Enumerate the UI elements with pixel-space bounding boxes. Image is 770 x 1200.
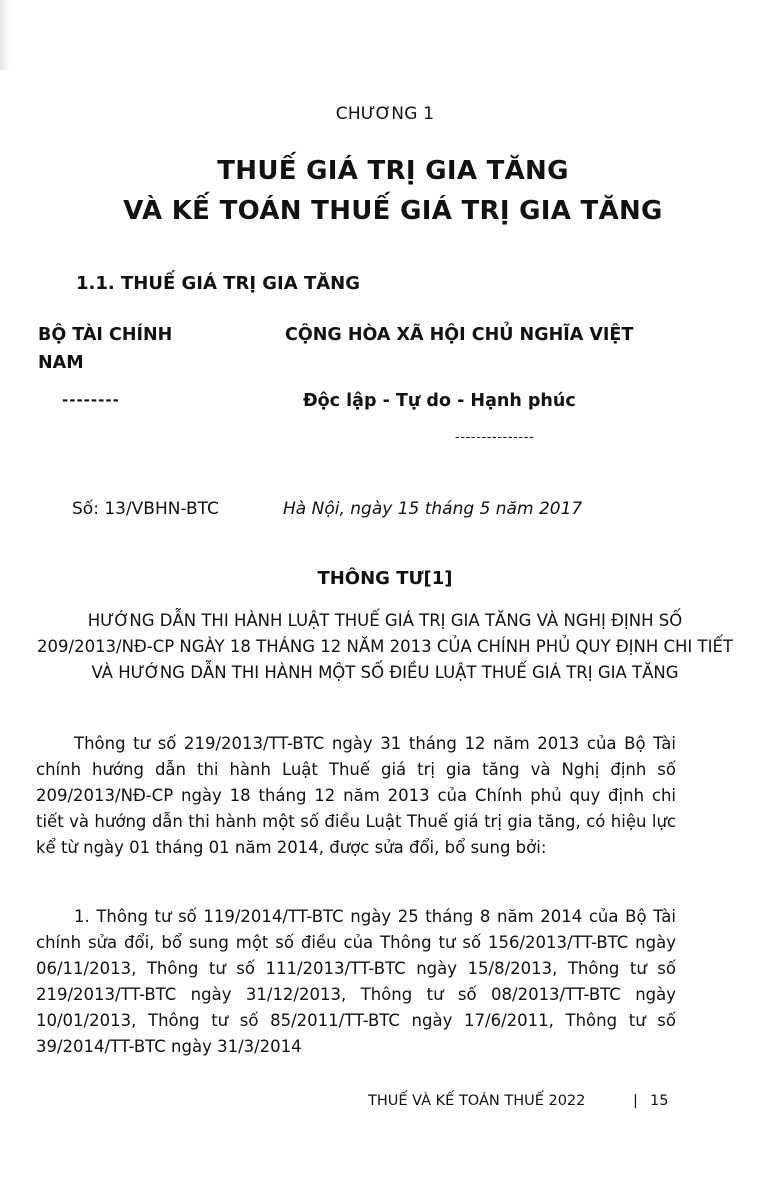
page-gutter-shadow bbox=[0, 0, 10, 70]
running-footer-title: THUẾ VÀ KẾ TOÁN THUẾ 2022 bbox=[368, 1093, 585, 1109]
issuer-overflow: NAM bbox=[38, 349, 218, 377]
body-paragraph: 1. Thông tư số 119/2014/TT-BTC ngày 25 t… bbox=[36, 904, 676, 1060]
issuer-name: BỘ TÀI CHÍNH bbox=[38, 321, 218, 349]
chapter-title-line-2: VÀ KẾ TOÁN THUẾ GIÁ TRỊ GIA TĂNG bbox=[8, 196, 770, 226]
body-paragraph: Thông tư số 219/2013/TT-BTC ngày 31 thán… bbox=[36, 731, 676, 861]
document-number: Số: 13/VBHN-BTC bbox=[72, 499, 219, 519]
chapter-title-line-1: THUẾ GIÁ TRỊ GIA TĂNG bbox=[8, 156, 770, 186]
place-and-date: Hà Nội, ngày 15 tháng 5 năm 2017 bbox=[283, 499, 582, 519]
footer-separator: | bbox=[633, 1093, 638, 1109]
national-motto: Độc lập - Tự do - Hạnh phúc bbox=[303, 391, 576, 411]
section-heading: 1.1. THUẾ GIÁ TRỊ GIA TĂNG bbox=[76, 273, 360, 294]
circular-subject: HƯỚNG DẪN THI HÀNH LUẬT THUẾ GIÁ TRỊ GIA… bbox=[30, 608, 740, 686]
motto-rule: --------------- bbox=[455, 430, 534, 445]
republic-name: CỘNG HÒA XÃ HỘI CHỦ NGHĨA VIỆT bbox=[285, 325, 633, 345]
circular-title: THÔNG TƯ[1] bbox=[0, 568, 770, 589]
issuer-block: BỘ TÀI CHÍNH NAM bbox=[38, 321, 218, 377]
chapter-label: CHƯƠNG 1 bbox=[0, 104, 770, 124]
issuer-rule: -------- bbox=[62, 391, 120, 409]
page-number: 15 bbox=[650, 1093, 668, 1109]
